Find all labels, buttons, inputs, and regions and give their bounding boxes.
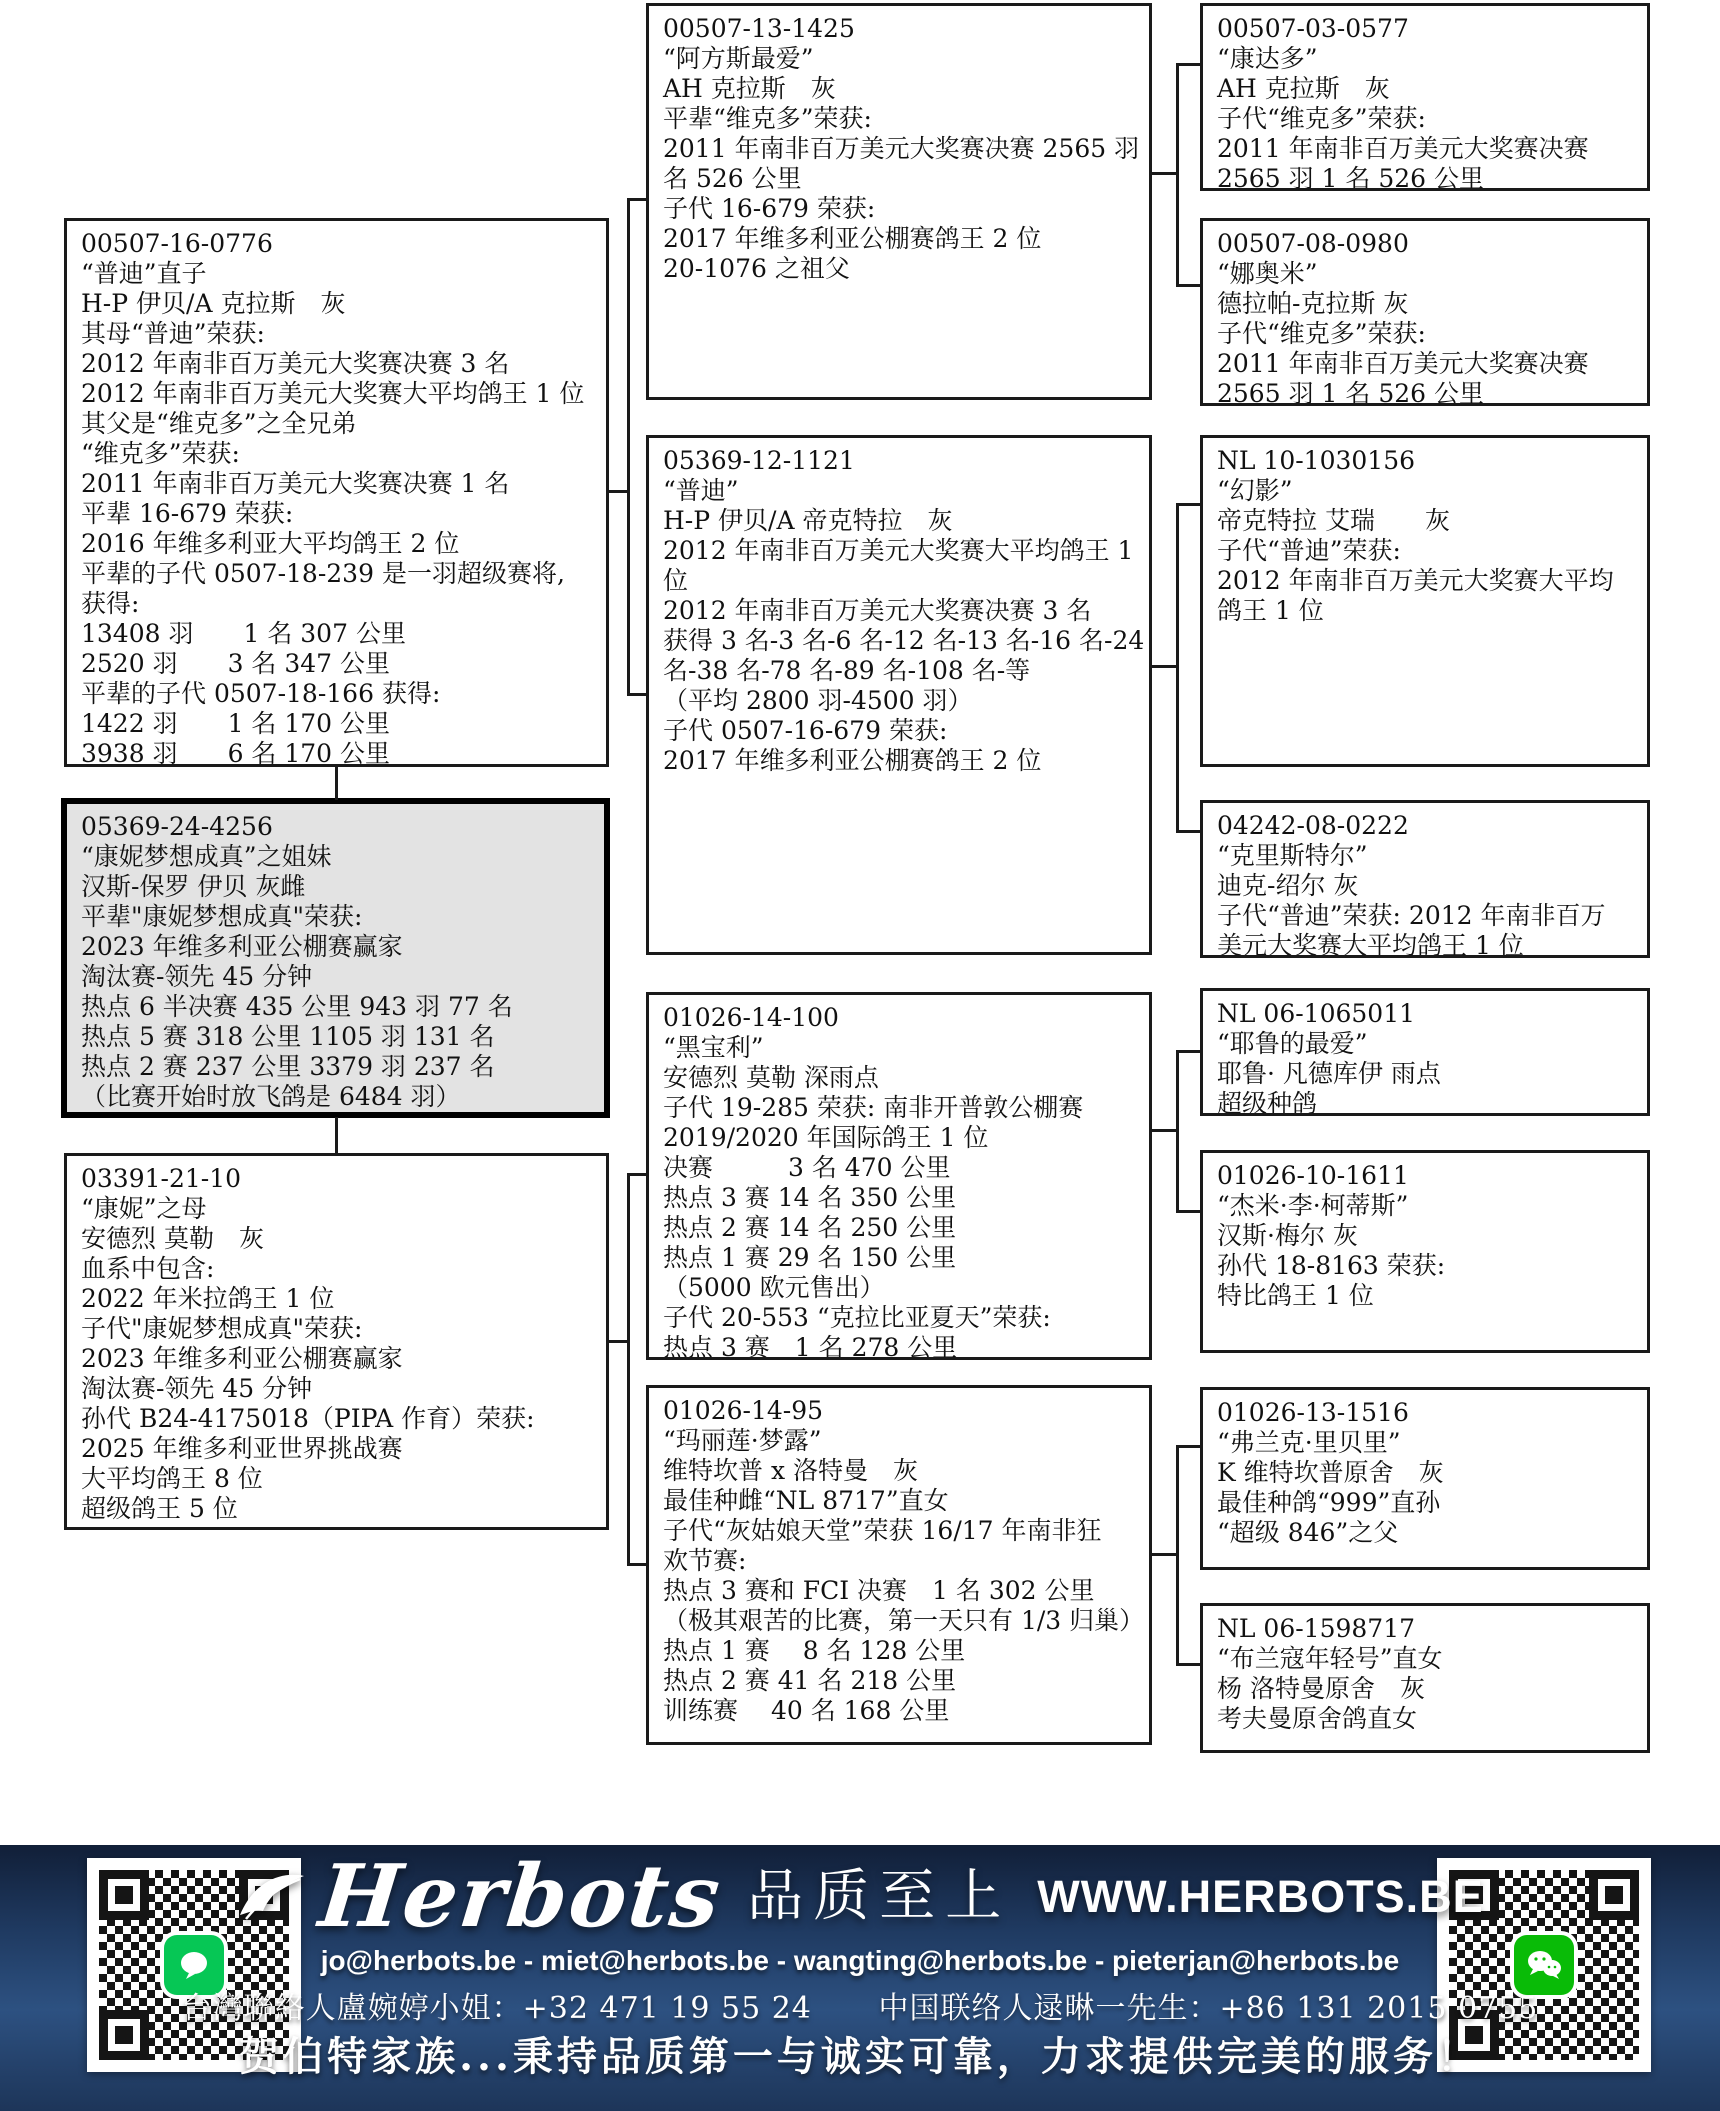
- pedigree-box-00507-03-0577: 00507-03-0577“康达多”AH 克拉斯 灰子代“维克多”荣获:2011…: [1200, 3, 1650, 191]
- box-line: 2023 年维多利亚公棚赛赢家: [81, 1344, 594, 1374]
- pedigree-box-nl-06-1598717: NL 06-1598717“布兰寇年轻号”直女杨 洛特曼原舍 灰考夫曼原舍鸽直女: [1200, 1603, 1650, 1753]
- box-line: 热点 5 赛 318 公里 1105 羽 131 名: [81, 1022, 592, 1052]
- box-line: “杰米·李·柯蒂斯”: [1217, 1191, 1635, 1221]
- box-line: 维特坎普 x 洛特曼 灰: [663, 1456, 1137, 1486]
- box-line: 子代"康妮梦想成真"荣获:: [81, 1314, 594, 1344]
- box-line: “维克多”荣获:: [81, 439, 594, 469]
- connector-line: [1179, 63, 1200, 66]
- connector-line: [1179, 503, 1200, 506]
- feather-icon: [236, 1869, 308, 1925]
- box-line: “康妮”之母: [81, 1194, 594, 1224]
- box-line: “超级 846”之父: [1217, 1518, 1635, 1548]
- box-line: 热点 6 半决赛 435 公里 943 羽 77 名: [81, 992, 592, 1022]
- box-line: H-P 伊贝/A 克拉斯 灰: [81, 289, 594, 319]
- box-line: 获得:: [81, 589, 594, 619]
- box-line: 2025 年维多利亚世界挑战赛: [81, 1434, 594, 1464]
- box-line: 04242-08-0222: [1217, 811, 1635, 841]
- connector-line: [630, 1173, 646, 1176]
- box-line: 00507-08-0980: [1217, 229, 1635, 259]
- connector-line: [627, 1173, 630, 1566]
- box-line: 热点 1 赛 8 名 128 公里: [663, 1636, 1137, 1666]
- box-line: 子代“维克多”荣获:: [1217, 104, 1635, 134]
- box-line: “布兰寇年轻号”直女: [1217, 1644, 1635, 1674]
- box-line: “黑宝利”: [663, 1033, 1137, 1063]
- box-line: （比赛开始时放飞鸽是 6484 羽）: [81, 1082, 592, 1112]
- box-line: 2012 年南非百万美元大奖赛大平均鸽王 1 位: [81, 379, 594, 409]
- box-line: 超级鸽王 5 位: [81, 1494, 594, 1524]
- box-line: “娜奥米”: [1217, 259, 1635, 289]
- connector-line: [630, 198, 646, 201]
- box-line: 子代“灰姑娘天堂”荣获 16/17 年南非狂: [663, 1516, 1137, 1546]
- box-line: 平辈的子代 0507-18-166 获得:: [81, 679, 594, 709]
- box-line: 2565 羽 1 名 526 公里: [1217, 379, 1635, 406]
- box-line: 名 526 公里: [663, 164, 1137, 194]
- box-line: 子代 16-679 荣获:: [663, 194, 1137, 224]
- box-line: （5000 欧元售出）: [663, 1273, 1137, 1303]
- box-line: “阿方斯最爱”: [663, 44, 1137, 74]
- box-line: “玛丽莲·梦露”: [663, 1426, 1137, 1456]
- box-line: 安德烈 莫勒 灰: [81, 1224, 594, 1254]
- box-line: 淘汰赛-领先 45 分钟: [81, 962, 592, 992]
- box-line: 2016 年维多利亚大平均鸽王 2 位: [81, 529, 594, 559]
- box-line: K 维特坎普原舍 灰: [1217, 1458, 1635, 1488]
- box-line: 2012 年南非百万美元大奖赛决赛 3 名: [663, 596, 1137, 626]
- box-line: 热点 3 赛 14 名 350 公里: [663, 1183, 1137, 1213]
- contact-china: 中国联络人逯晽一先生：+86 131 2015 0755: [878, 1991, 1538, 2026]
- box-line: 美元大奖赛大平均鸽王 1 位: [1217, 931, 1635, 958]
- box-line: 大平均鸽王 8 位: [81, 1464, 594, 1494]
- connector-line: [335, 767, 338, 800]
- box-line: 德拉帕-克拉斯 灰: [1217, 289, 1635, 319]
- box-line: 子代 20-553 “克拉比亚夏天”荣获:: [663, 1303, 1137, 1333]
- box-line: 决赛 3 名 470 公里: [663, 1153, 1137, 1183]
- box-line: NL 06-1598717: [1217, 1614, 1635, 1644]
- box-line: 2023 年维多利亚公棚赛赢家: [81, 932, 592, 962]
- connector-line: [1179, 1445, 1200, 1448]
- box-line: 00507-03-0577: [1217, 14, 1635, 44]
- box-line: “耶鲁的最爱”: [1217, 1029, 1635, 1059]
- box-line: 2011 年南非百万美元大奖赛决赛: [1217, 134, 1635, 164]
- box-line: 热点 1 赛 29 名 150 公里: [663, 1243, 1137, 1273]
- contact-taiwan: 台灣聯絡人盧婉婷小姐：+32 471 19 55 24: [182, 1991, 812, 2026]
- box-line: 2011 年南非百万美元大奖赛决赛 2565 羽 1: [663, 134, 1137, 164]
- pedigree-box-00507-16-0776: 00507-16-0776“普迪”直子H-P 伊贝/A 克拉斯 灰其母“普迪”荣…: [64, 218, 609, 767]
- box-line: 平辈的子代 0507-18-239 是一羽超级赛将,: [81, 559, 594, 589]
- box-line: 2011 年南非百万美元大奖赛决赛 1 名: [81, 469, 594, 499]
- box-line: 考夫曼原舍鸽直女: [1217, 1704, 1635, 1734]
- box-line: 最佳种鸽“999”直孙: [1217, 1488, 1635, 1518]
- connector-line: [1179, 1050, 1200, 1053]
- brand-row: Herbots 品质至上 WWW.HERBOTS.BE: [0, 1851, 1720, 1943]
- pedigree-box-05369-12-1121: 05369-12-1121“普迪”H-P 伊贝/A 帝克特拉 灰2012 年南非…: [646, 435, 1152, 955]
- box-line: 01026-14-100: [663, 1003, 1137, 1033]
- box-line: 1422 羽 1 名 170 公里: [81, 709, 594, 739]
- box-line: AH 克拉斯 灰: [1217, 74, 1635, 104]
- email-list: jo@herbots.be - miet@herbots.be - wangti…: [0, 1945, 1720, 1977]
- footer: Herbots 品质至上 WWW.HERBOTS.BE jo@herbots.b…: [0, 1845, 1720, 2111]
- box-line: 00507-16-0776: [81, 229, 594, 259]
- box-line: 子代“维克多”荣获:: [1217, 319, 1635, 349]
- connector-line: [1176, 1445, 1179, 1666]
- connector-line: [1152, 1129, 1179, 1132]
- box-line: 01026-14-95: [663, 1396, 1137, 1426]
- connector-line: [1179, 1210, 1200, 1213]
- box-line: 2012 年南非百万美元大奖赛决赛 3 名: [81, 349, 594, 379]
- box-line: 热点 2 赛 14 名 250 公里: [663, 1213, 1137, 1243]
- box-line: 名-38 名-78 名-89 名-108 名-等: [663, 656, 1137, 686]
- box-line: “康妮梦想成真”之姐妹: [81, 842, 592, 872]
- box-line: 00507-13-1425: [663, 14, 1137, 44]
- box-line: 杨 洛特曼原舍 灰: [1217, 1674, 1635, 1704]
- box-line: （极其艰苦的比赛，第一天只有 1/3 归巢）: [663, 1606, 1137, 1636]
- box-line: 汉斯·梅尔 灰: [1217, 1221, 1635, 1251]
- box-line: 2017 年维多利亚公棚赛鸽王 2 位: [663, 224, 1137, 254]
- box-line: 2012 年南非百万美元大奖赛大平均鸽王 1: [663, 536, 1137, 566]
- box-line: 帝克特拉 艾瑞 灰: [1217, 506, 1635, 536]
- box-line: 特比鸽王 1 位: [1217, 1281, 1635, 1311]
- box-line: 平辈“维克多”荣获:: [663, 104, 1137, 134]
- box-line: 子代 0507-16-679 荣获:: [663, 716, 1137, 746]
- pedigree-page: 00507-16-0776“普迪”直子H-P 伊贝/A 克拉斯 灰其母“普迪”荣…: [0, 0, 1720, 2111]
- connector-line: [1176, 503, 1179, 833]
- pedigree-box-01026-13-1516: 01026-13-1516“弗兰克·里贝里”K 维特坎普原舍 灰最佳种鸽“999…: [1200, 1387, 1650, 1570]
- box-line: 子代“普迪”荣获:: [1217, 536, 1635, 566]
- box-line: 平辈"康妮梦想成真"荣获:: [81, 902, 592, 932]
- box-line: 20-1076 之祖父: [663, 254, 1137, 284]
- box-line: “普迪”: [663, 476, 1137, 506]
- box-line: 子代 19-285 荣获: 南非开普敦公棚赛: [663, 1093, 1137, 1123]
- brand-tagline: 品质至上: [747, 1867, 1011, 1927]
- pedigree-box-03391-21-10: 03391-21-10“康妮”之母安德烈 莫勒 灰血系中包含:2022 年米拉鸽…: [64, 1153, 609, 1530]
- connector-line: [1176, 1050, 1179, 1213]
- pedigree-box-subject-05369-24-4256: 05369-24-4256“康妮梦想成真”之姐妹汉斯-保罗 伊贝 灰雌平辈"康妮…: [61, 798, 610, 1118]
- connector-line: [1176, 63, 1179, 287]
- brand-logo: Herbots: [316, 1854, 726, 1940]
- box-line: 热点 3 赛和 FCI 决赛 1 名 302 公里: [663, 1576, 1137, 1606]
- box-line: 13408 羽 1 名 307 公里: [81, 619, 594, 649]
- box-line: “克里斯特尔”: [1217, 841, 1635, 871]
- box-line: NL 06-1065011: [1217, 999, 1635, 1029]
- pedigree-box-nl-10-1030156: NL 10-1030156“幻影”帝克特拉 艾瑞 灰子代“普迪”荣获:2012 …: [1200, 435, 1650, 767]
- connector-line: [1179, 830, 1200, 833]
- box-line: “康达多”: [1217, 44, 1635, 74]
- contact-row: 台灣聯絡人盧婉婷小姐：+32 471 19 55 24 中国联络人逯晽一先生：+…: [0, 1983, 1720, 2027]
- box-line: 2520 羽 3 名 347 公里: [81, 649, 594, 679]
- box-line: 耶鲁· 凡德库伊 雨点: [1217, 1059, 1635, 1089]
- box-line: 05369-24-4256: [81, 812, 592, 842]
- footer-slogan: 贺伯特家族...秉持品质第一与诚实可靠，力求提供完美的服务！: [0, 2025, 1720, 2082]
- box-line: 超级种鸽: [1217, 1089, 1635, 1116]
- box-line: （平均 2800 羽-4500 羽）: [663, 686, 1137, 716]
- box-line: 其母“普迪”荣获:: [81, 319, 594, 349]
- website-url: WWW.HERBOTS.BE: [1037, 1871, 1483, 1923]
- box-line: 2012 年南非百万美元大奖赛大平均: [1217, 566, 1635, 596]
- connector-line: [609, 1340, 628, 1343]
- connector-line: [627, 198, 630, 696]
- box-line: 位: [663, 566, 1137, 596]
- box-line: 获得 3 名-3 名-6 名-12 名-13 名-16 名-24: [663, 626, 1137, 656]
- pedigree-box-01026-14-95: 01026-14-95“玛丽莲·梦露”维特坎普 x 洛特曼 灰最佳种雌“NL 8…: [646, 1385, 1152, 1745]
- box-line: 孙代 B24-4175018（PIPA 作育）荣获:: [81, 1404, 594, 1434]
- pedigree-box-01026-14-100: 01026-14-100“黑宝利”安德烈 莫勒 深雨点子代 19-285 荣获:…: [646, 992, 1152, 1360]
- connector-line: [335, 1117, 338, 1154]
- box-line: “弗兰克·里贝里”: [1217, 1428, 1635, 1458]
- box-line: 05369-12-1121: [663, 446, 1137, 476]
- box-line: 淘汰赛-领先 45 分钟: [81, 1374, 594, 1404]
- box-line: 子代“普迪”荣获: 2012 年南非百万: [1217, 901, 1635, 931]
- box-line: 2022 年米拉鸽王 1 位: [81, 1284, 594, 1314]
- box-line: 平辈 16-679 荣获:: [81, 499, 594, 529]
- box-line: 迪克-绍尔 灰: [1217, 871, 1635, 901]
- box-line: 01026-13-1516: [1217, 1398, 1635, 1428]
- box-line: 2011 年南非百万美元大奖赛决赛: [1217, 349, 1635, 379]
- pedigree-box-04242-08-0222: 04242-08-0222“克里斯特尔”迪克-绍尔 灰子代“普迪”荣获: 201…: [1200, 800, 1650, 958]
- connector-line: [1152, 665, 1179, 668]
- pedigree-box-nl-06-1065011: NL 06-1065011“耶鲁的最爱”耶鲁· 凡德库伊 雨点超级种鸽: [1200, 988, 1650, 1116]
- pedigree-box-00507-13-1425: 00507-13-1425“阿方斯最爱”AH 克拉斯 灰平辈“维克多”荣获:20…: [646, 3, 1152, 400]
- box-line: NL 10-1030156: [1217, 446, 1635, 476]
- box-line: 热点 3 赛 1 名 278 公里: [663, 1333, 1137, 1360]
- box-line: 热点 2 赛 237 公里 3379 羽 237 名: [81, 1052, 592, 1082]
- box-line: 训练赛 40 名 168 公里: [663, 1696, 1137, 1726]
- box-line: 鸽王 1 位: [1217, 596, 1635, 626]
- box-line: 血系中包含:: [81, 1254, 594, 1284]
- box-line: 其父是“维克多”之全兄弟: [81, 409, 594, 439]
- box-line: 2565 羽 1 名 526 公里: [1217, 164, 1635, 191]
- box-line: 2019/2020 年国际鸽王 1 位: [663, 1123, 1137, 1153]
- connector-line: [1179, 1663, 1200, 1666]
- box-line: 汉斯-保罗 伊贝 灰雌: [81, 872, 592, 902]
- connector-line: [630, 1563, 646, 1566]
- box-line: 2017 年维多利亚公棚赛鸽王 2 位: [663, 746, 1137, 776]
- pedigree-box-01026-10-1611: 01026-10-1611“杰米·李·柯蒂斯”汉斯·梅尔 灰孙代 18-8163…: [1200, 1150, 1650, 1353]
- box-line: 孙代 18-8163 荣获:: [1217, 1251, 1635, 1281]
- box-line: 3938 羽 6 名 170 公里: [81, 739, 594, 767]
- connector-line: [1179, 284, 1200, 287]
- connector-line: [1152, 172, 1179, 175]
- box-line: “幻影”: [1217, 476, 1635, 506]
- box-line: 03391-21-10: [81, 1164, 594, 1194]
- box-line: 欢节赛:: [663, 1546, 1137, 1576]
- connector-line: [1152, 1553, 1179, 1556]
- box-line: AH 克拉斯 灰: [663, 74, 1137, 104]
- pedigree-box-00507-08-0980: 00507-08-0980“娜奥米”德拉帕-克拉斯 灰子代“维克多”荣获:201…: [1200, 218, 1650, 406]
- box-line: 热点 2 赛 41 名 218 公里: [663, 1666, 1137, 1696]
- box-line: 01026-10-1611: [1217, 1161, 1635, 1191]
- connector-line: [630, 693, 646, 696]
- box-line: 最佳种雌“NL 8717”直女: [663, 1486, 1137, 1516]
- box-line: “普迪”直子: [81, 259, 594, 289]
- box-line: H-P 伊贝/A 帝克特拉 灰: [663, 506, 1137, 536]
- box-line: 安德烈 莫勒 深雨点: [663, 1063, 1137, 1093]
- connector-line: [609, 490, 628, 493]
